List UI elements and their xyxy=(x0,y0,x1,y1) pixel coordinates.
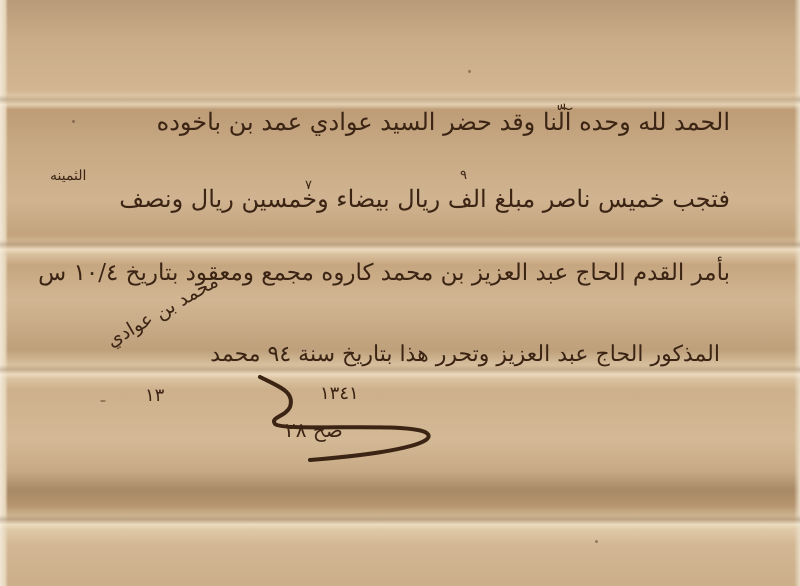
ink-speck xyxy=(595,540,598,543)
fold-line xyxy=(0,515,800,529)
text-line-2: فتجب خميس ناصر مبلغ الف ريال بيضاء وخمسي… xyxy=(119,185,730,213)
ink-speck xyxy=(468,70,471,73)
text-line-4: المذكور الحاج عبد العزيز وتحرر هذا بتاري… xyxy=(210,342,720,367)
superscript-numeral: ٧ xyxy=(305,178,312,193)
text-line-1: الحمد لله وحده آلّنا وقد حضر السيد عوادي… xyxy=(157,108,730,136)
signature-flourish-icon xyxy=(250,372,440,472)
paper-right-edge xyxy=(794,0,800,586)
signature-text: صح ٢٨ xyxy=(285,418,343,442)
ink-speck xyxy=(100,400,106,402)
fold-line xyxy=(0,240,800,254)
superscript-annotation: الثمينه xyxy=(50,168,86,184)
text-line-3: بأمر القدم الحاج عبد العزيز بن محمد كارو… xyxy=(38,260,730,286)
superscript-numeral: ٩ xyxy=(460,168,467,183)
ink-speck xyxy=(72,120,75,123)
left-number: ١٣ xyxy=(145,385,164,406)
paper-left-edge xyxy=(0,0,8,586)
fold-line xyxy=(0,95,800,109)
document-paper: الحمد لله وحده آلّنا وقد حضر السيد عوادي… xyxy=(0,0,800,586)
